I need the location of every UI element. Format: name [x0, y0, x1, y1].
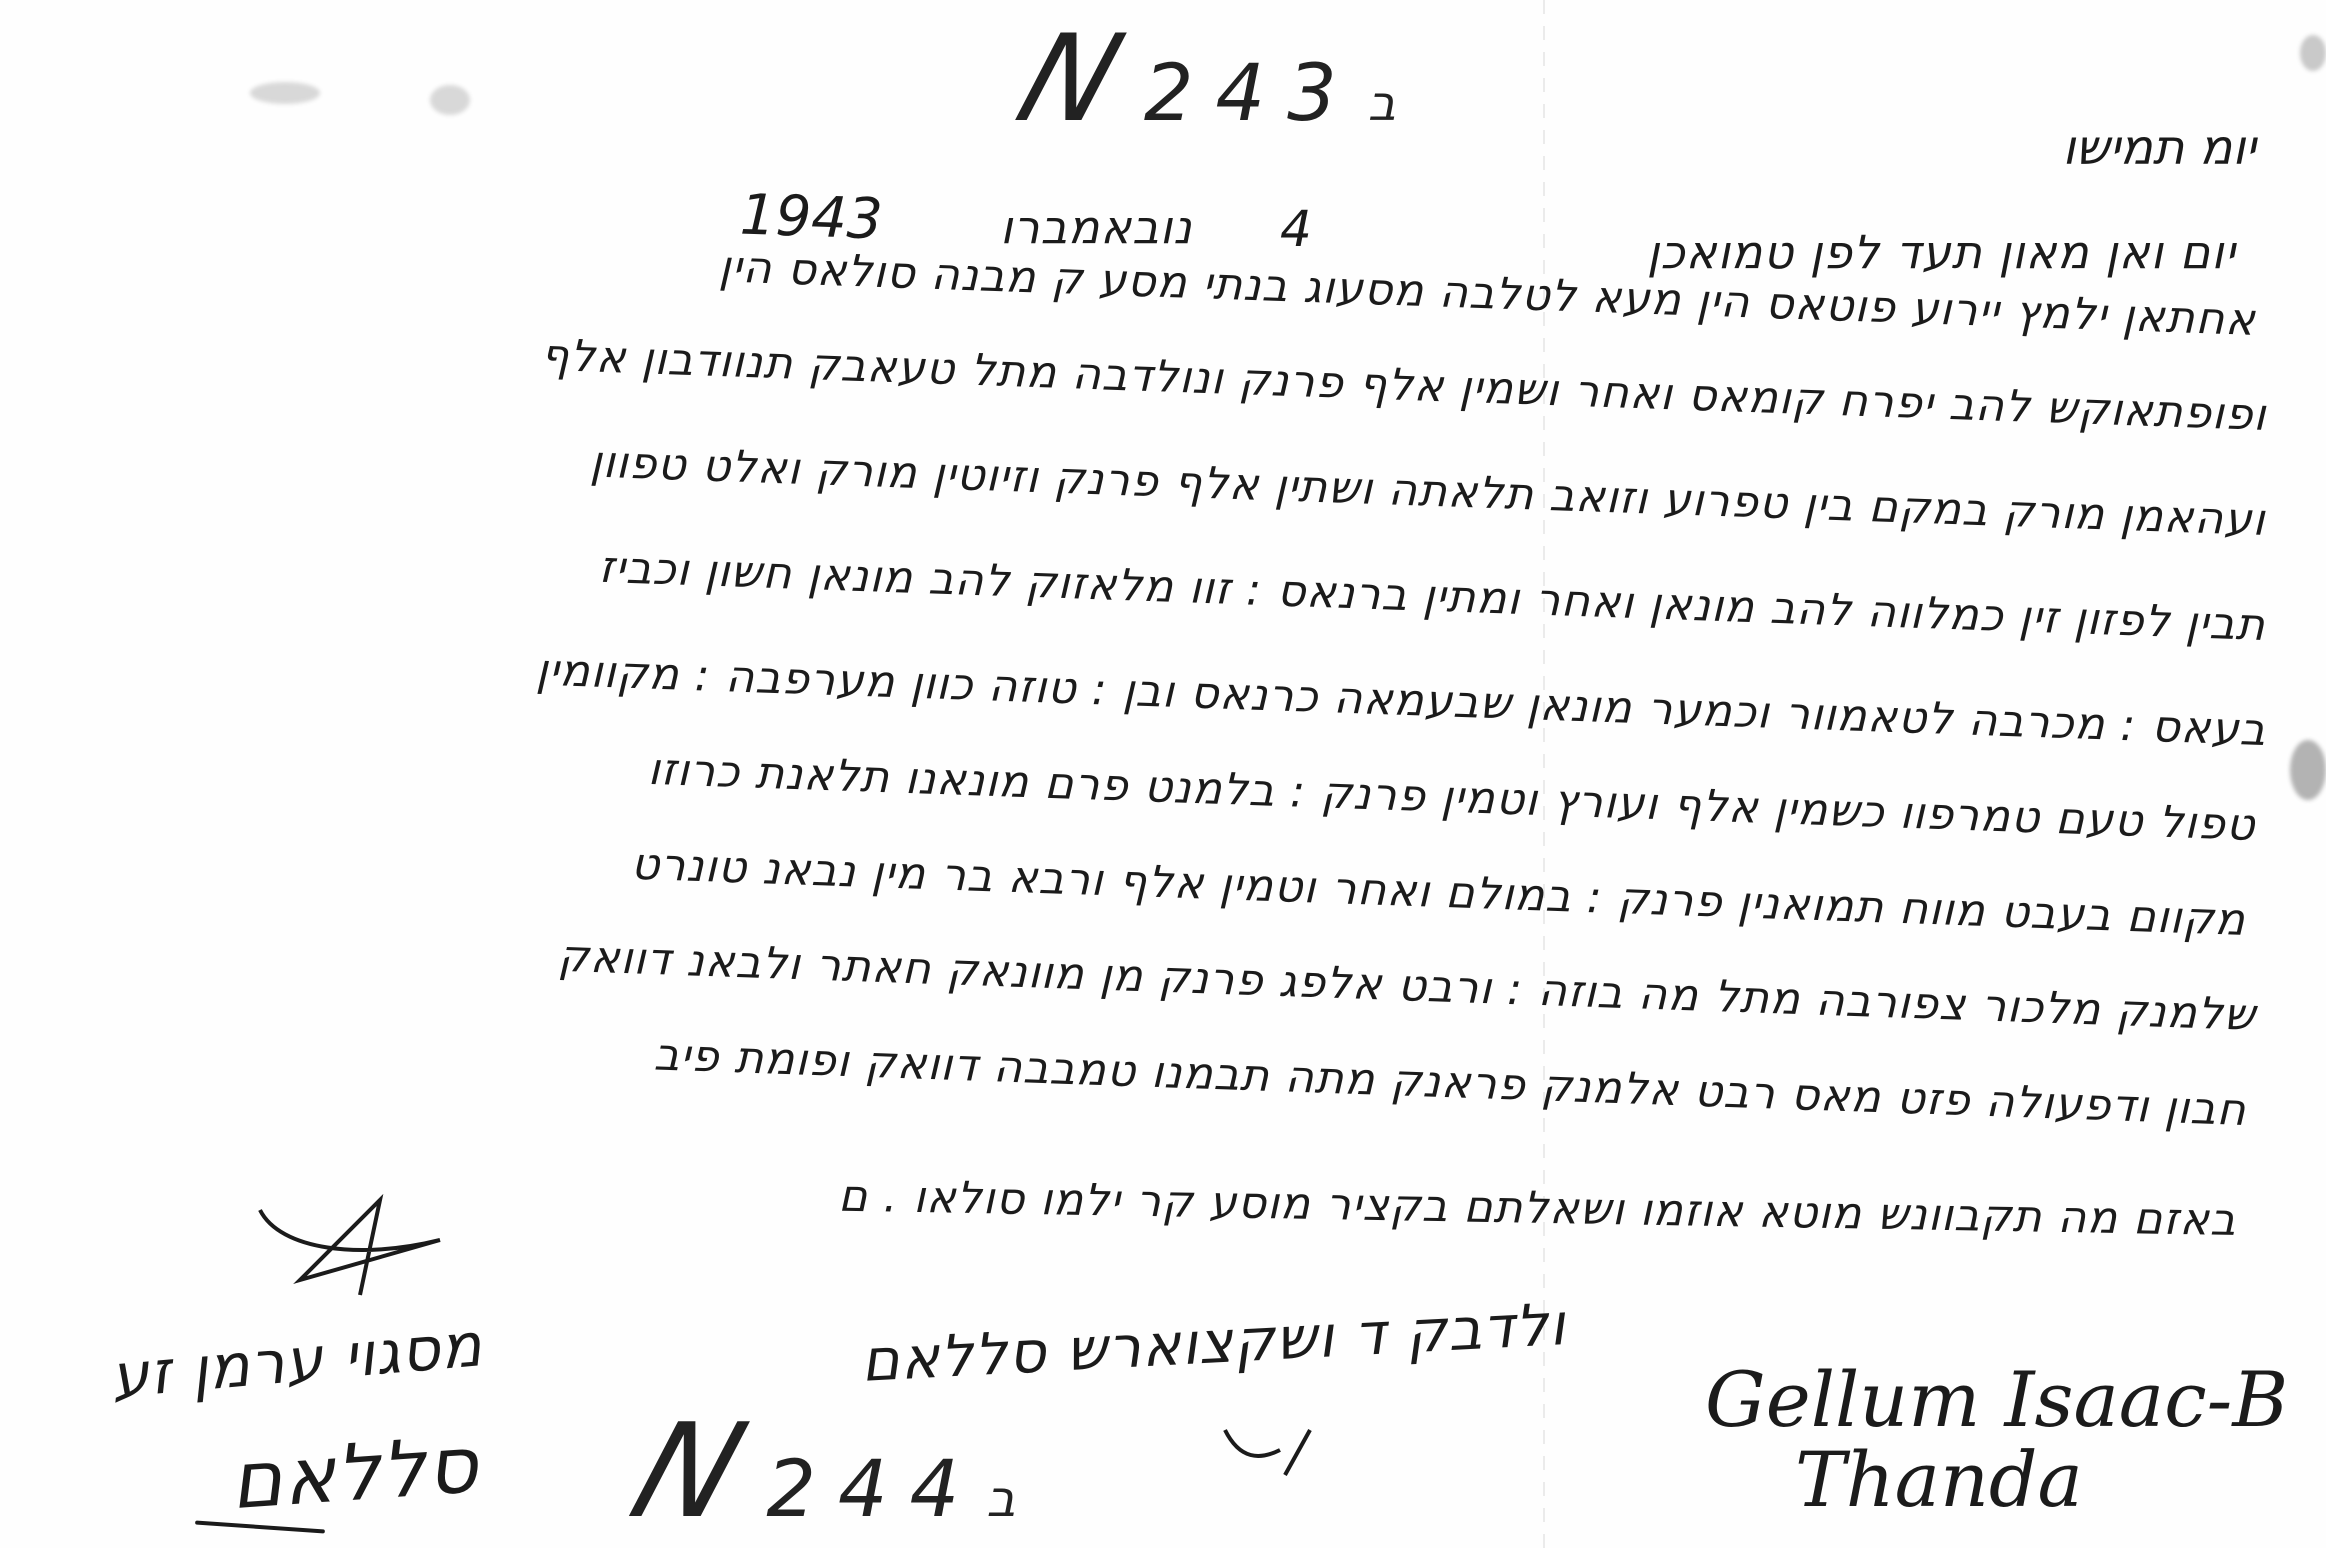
signature-latin: Gellum Isaac-B Thanda	[1705, 1360, 2288, 1520]
date-month: נובאמברו	[1000, 200, 1193, 254]
body-line-9: חבון ודפעולה פזט מאס רבט אלמנק פראנק מתה…	[653, 1029, 2247, 1136]
pen-stroke	[1220, 1420, 1330, 1480]
witness-initials: סללאם	[227, 1420, 481, 1527]
reference-number: 243	[1144, 49, 1359, 139]
body-line-7: מקוום בעבט מווח תמואנין פרנק : במולם ואח…	[630, 839, 2247, 946]
reference-mark: N	[1002, 10, 1131, 149]
date-line-text: יום ואן מאון תעד לפן טמואכן	[1647, 225, 2236, 279]
ink-blot	[2300, 35, 2326, 71]
reference-prefix: ב	[986, 1470, 1015, 1528]
body-line-10: באזם מה תקבוונש מוטא אוזמו ושאלתם בקציר …	[837, 1171, 2236, 1246]
signature-hebrew: ולדבק ד ושקצוארש סללאם	[859, 1290, 1567, 1395]
stamp-smudge	[430, 85, 470, 115]
stamp-smudge	[250, 82, 320, 104]
body-line-3: ועהאמן מורק במקם בין טפרוע וזואב תלאתה ו…	[590, 437, 2267, 546]
reference-number-top: N ב 243	[1025, 10, 1396, 149]
reference-number: 244	[766, 1445, 981, 1535]
closing-flourish	[240, 1170, 460, 1300]
body-line-5: בעאס : מכרבה לטאמוור וכמער מונאן שבעמאה …	[535, 645, 2267, 756]
body-line-6: טפול טעם טמרפוו כשמין אלף ועורץ וטמין פר…	[648, 744, 2257, 851]
reference-mark: N	[615, 1395, 756, 1547]
reference-prefix: ב	[1368, 76, 1396, 132]
salutation: יומ תמישו	[2062, 120, 2256, 176]
body-line-8: שלמנק מלכור צפורבה מתל מה בוזה : ורבט אל…	[557, 931, 2257, 1041]
date-day: 4	[1280, 200, 1313, 258]
signature-latin-line-2: Thanda	[1795, 1440, 2288, 1520]
letter-page: N ב 243 יומ תמישו 1943 נובאמברו 4 יום וא…	[0, 0, 2326, 1548]
signature-latin-line-1: Gellum Isaac-B	[1705, 1360, 2288, 1440]
reference-number-bottom: N ב 244	[640, 1395, 1015, 1547]
ink-blot	[2290, 740, 2326, 800]
body-line-4: תבין לפזון זין כמלווה להב מונאן ואחר ומת…	[598, 542, 2266, 651]
witness-signature: מסגוי ערמן זע	[108, 1310, 485, 1412]
body-line-2: ופופתאוקש להב יפרח קומאס ואחר ושמין אלף …	[540, 330, 2267, 441]
